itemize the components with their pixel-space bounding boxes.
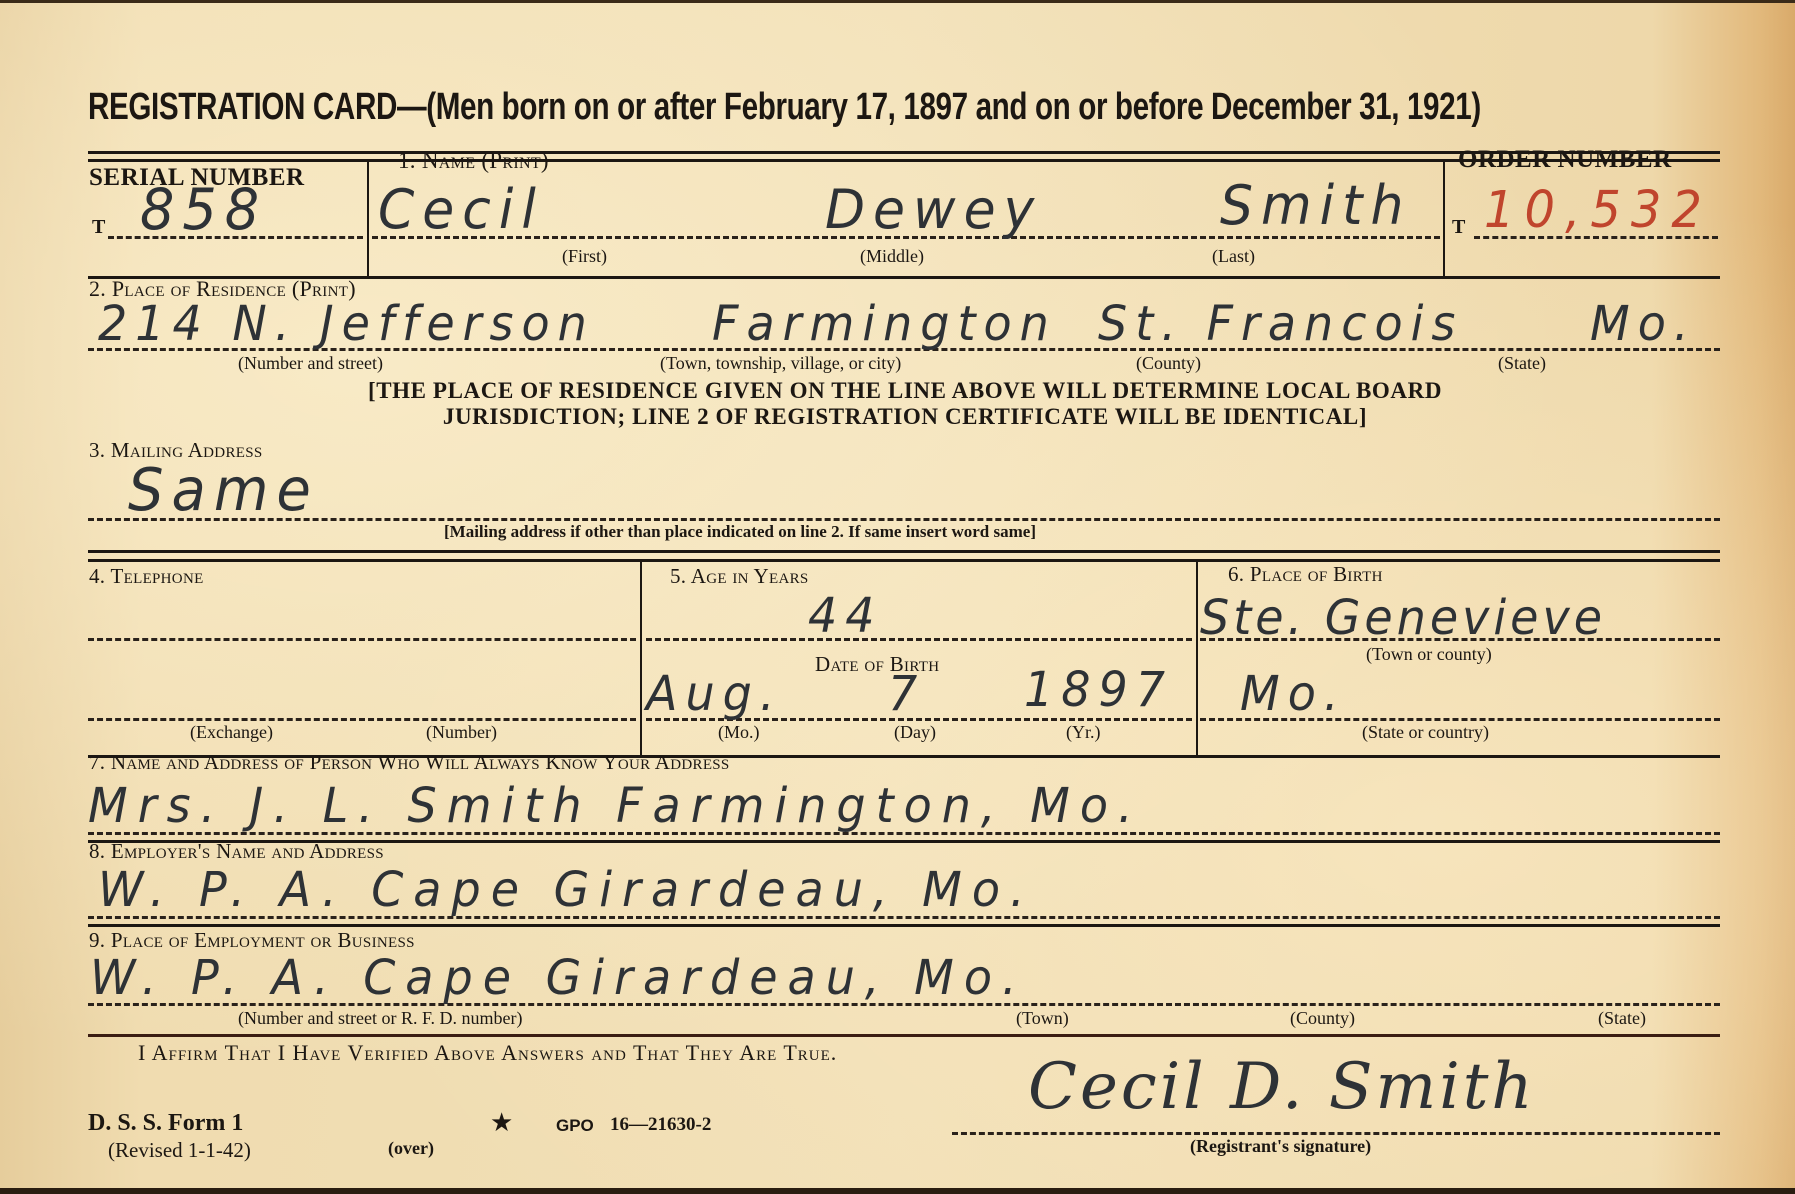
name-last-value: Smith [1220,175,1411,238]
name-middle-caption: (Middle) [860,246,924,267]
name-last-caption: (Last) [1212,246,1255,267]
gpo-number: 16—21630-2 [610,1114,711,1136]
residence-street-value: 214 N. Jefferson [98,295,595,352]
mailing-line [88,518,1720,521]
dob-day-value: 7 [888,665,925,722]
telephone-number-caption: (Number) [426,722,497,743]
birthplace-label: 6. Place of Birth [1228,562,1383,587]
name-middle-value: Dewey [825,179,1042,242]
birthplace-town-caption: (Town or county) [1366,644,1492,665]
dob-day-caption: (Day) [894,722,936,743]
telephone-divider [640,560,642,756]
star-icon: ★ [490,1108,513,1138]
contact-value: Mrs. J. L. Smith Farmington, Mo. [88,777,1143,834]
dob-month-caption: (Mo.) [718,722,760,743]
employment-town-caption: (Town) [1016,1008,1069,1029]
serial-number-value: 858 [140,176,267,242]
residence-notice-line1: [THE PLACE OF RESIDENCE GIVEN ON THE LIN… [190,378,1620,404]
dob-month-value: Aug. [646,665,782,722]
signature-caption: (Registrant's signature) [1190,1136,1371,1157]
telephone-exchange-caption: (Exchange) [190,722,273,743]
employment-state-caption: (State) [1598,1008,1646,1029]
name-label: 1. Name (Print) [398,148,549,174]
dob-year-value: 1897 [1024,661,1173,718]
residence-state-caption: (State) [1498,353,1546,374]
telephone-label: 4. Telephone [89,564,204,589]
affirmation-text: I Affirm That I Have Verified Above Answ… [138,1040,837,1066]
form-revised: (Revised 1-1-42) [108,1138,251,1163]
dob-year-caption: (Yr.) [1066,722,1101,743]
telephone-line-2 [88,718,636,721]
age-line [646,638,1192,641]
signature-line [952,1132,1720,1135]
contact-label: 7. Name and Address of Person Who Will A… [89,750,730,775]
row9-bottom-rule [88,1034,1720,1037]
residence-town-caption: (Town, township, village, or city) [660,353,901,374]
name-first-caption: (First) [562,246,607,267]
telephone-line-1 [88,638,636,641]
employment-county-caption: (County) [1290,1008,1355,1029]
mailing-address-value: Same [128,456,319,524]
residence-street-caption: (Number and street) [238,353,383,374]
residence-county-caption: (County) [1136,353,1201,374]
birthplace-state-value: Mo. [1240,665,1346,722]
residence-notice-line2: JURISDICTION; LINE 2 OF REGISTRATION CER… [190,404,1620,430]
employment-place-value: W. P. A. Cape Girardeau, Mo. [90,949,1027,1006]
serial-divider [367,160,369,278]
order-number-value: 10,532 [1484,181,1712,240]
age-divider [1196,560,1198,756]
serial-prefix: T [92,216,106,239]
name-first-value: Cecil [378,179,544,242]
employment-street-caption: (Number and street or R. F. D. number) [238,1008,523,1029]
registrant-signature: Cecil D. Smith [1028,1050,1536,1124]
order-number-header: ORDER NUMBER [1458,146,1672,174]
birthplace-town-value: Ste. Genevieve [1200,589,1606,646]
row8-bottom-rule [88,924,1720,927]
order-prefix: T [1452,216,1466,239]
card-title: REGISTRATION CARD—(Men born on or after … [88,86,1481,129]
birthplace-state-caption: (State or country) [1362,722,1489,743]
age-label: 5. Age in Years [670,564,809,589]
residence-county-value: St. Francois [1098,295,1463,352]
row3-rule-bottom [88,559,1720,562]
form-name: D. S. S. Form 1 [88,1110,243,1137]
order-divider [1443,160,1445,278]
row3-rule-top [88,550,1720,553]
residence-town-value: Farmington [712,295,1057,352]
employer-value: W. P. A. Cape Girardeau, Mo. [98,861,1035,918]
residence-state-value: Mo. [1590,295,1696,352]
registration-card: REGISTRATION CARD—(Men born on or after … [0,0,1795,1194]
gpo-mark: GPO [556,1116,594,1136]
form-over: (over) [388,1138,434,1159]
age-value: 44 [808,587,883,644]
mailing-note: [Mailing address if other than place ind… [444,522,1036,542]
